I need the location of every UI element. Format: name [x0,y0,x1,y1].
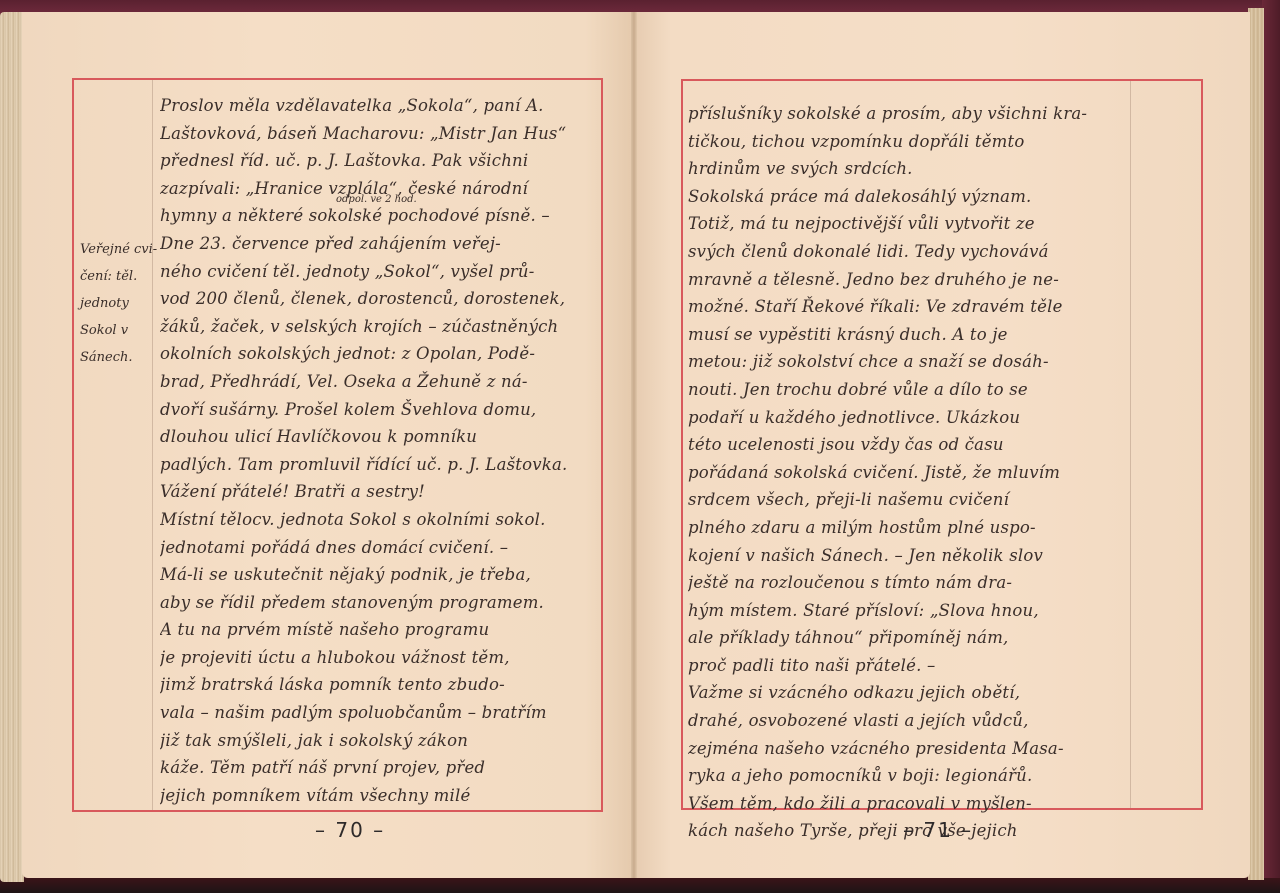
text-line: jimž bratrská láska pomník tento zbudo- [160,671,600,699]
text-line: vod 200 členů, členek, dorostenců, doros… [160,285,600,313]
text-line: okolních sokolských jednot: z Opolan, Po… [160,340,600,368]
side-note-line: jednoty Sokol v [80,290,160,344]
page-stack-right [1248,8,1264,880]
text-line: hým místem. Staré přísloví: „Slova hnou, [688,597,1133,625]
text-line: ještě na rozloučenou s tímto nám dra- [688,569,1133,597]
text-line: Laštovková, báseň Macharovu: „Mistr Jan … [160,120,600,148]
text-line: hrdinům ve svých srdcích. [688,155,1133,183]
text-line: Vážení přátelé! Bratři a sestry! [160,478,600,506]
text-line: svých členů dokonalé lidi. Tedy vychováv… [688,238,1133,266]
page-number-70: – 70 – [315,818,385,842]
text-line: Všem těm, kdo žili a pracovali v myšlen- [688,790,1133,818]
text-line: již tak smýšleli, jak i sokolský zákon [160,727,600,755]
left-page-text: Proslov měla vzdělavatelka „Sokola“, pan… [160,92,600,809]
text-line: jednotami pořádá dnes domácí cvičení. – [160,534,600,562]
text-line: zazpívali: „Hranice vzplála“, české náro… [160,175,600,203]
text-line: zejména našeho vzácného presidenta Masa- [688,735,1133,763]
text-line: žáků, žaček, v selských krojích – zúčast… [160,313,600,341]
text-line: Totiž, má tu nejpoctivější vůli vytvořit… [688,210,1133,238]
text-line: aby se řídil předem stanoveným programem… [160,589,600,617]
text-line: ryka a jeho pomocníků v boji: legionářů. [688,762,1133,790]
text-line: nouti. Jen trochu dobré vůle a dílo to s… [688,376,1133,404]
text-line: kojení v našich Sánech. – Jen několik sl… [688,542,1133,570]
text-line: je projeviti úctu a hlubokou vážnost těm… [160,644,600,672]
right-page-text: příslušníky sokolské a prosím, aby všich… [688,100,1133,845]
text-line: ného cvičení těl. jednoty „Sokol“, vyšel… [160,258,600,286]
text-line: Má-li se uskutečnit nějaký podnik, je tř… [160,561,600,589]
text-line: podaří u každého jednotlivce. Ukázkou [688,404,1133,432]
text-line: káže. Těm patří náš první projev, před [160,754,600,782]
text-line: tičkou, tichou vzpomínku dopřáli těmto [688,128,1133,156]
text-line: Sokolská práce má dalekosáhlý význam. [688,183,1133,211]
side-note-line: čení: těl. [80,263,160,290]
text-line: Místní tělocv. jednota Sokol s okolními … [160,506,600,534]
side-note-line: Sánech. [80,344,160,371]
left-page-side-note: Veřejné cvi- čení: těl. jednoty Sokol v … [80,236,160,371]
text-line: ale příklady táhnou“ připomíněj nám, [688,624,1133,652]
text-line: pořádaná sokolská cvičení. Jistě, že mlu… [688,459,1133,487]
text-line: Dne 23. července před zahájením veřej- [160,230,600,258]
text-line: brad, Předhrádí, Vel. Oseka a Žehuně z n… [160,368,600,396]
text-line: plného zdaru a milým hostům plné uspo- [688,514,1133,542]
text-line: příslušníky sokolské a prosím, aby všich… [688,100,1133,128]
book-cover-right-edge [1262,0,1280,893]
text-line: dlouhou ulicí Havlíčkovou k pomníku [160,423,600,451]
page-stack-left [0,12,24,882]
book-cover-bottom-edge [0,878,1280,893]
text-line: této ucelenosti jsou vždy čas od času [688,431,1133,459]
text-line: možné. Staří Řekové říkali: Ve zdravém t… [688,293,1133,321]
text-line: mravně a tělesně. Jedno bez druhého je n… [688,266,1133,294]
text-line: Važme si vzácného odkazu jejich obětí, [688,679,1133,707]
book-gutter [631,12,637,878]
text-line: padlých. Tam promluvil řídící uč. p. J. … [160,451,600,479]
text-line: jejich pomníkem vítám všechny milé [160,782,600,810]
text-line: dvoří sušárny. Prošel kolem Švehlova dom… [160,396,600,424]
left-margin-rule [152,80,153,810]
text-line: A tu na prvém místě našeho programu [160,616,600,644]
page-number-71: – 71 – [903,818,973,842]
text-line: musí se vypěstiti krásný duch. A to je [688,321,1133,349]
text-line: hymny a některé sokolské pochodové písně… [160,202,600,230]
text-line: přednesl říd. uč. p. J. Laštovka. Pak vš… [160,147,600,175]
text-line: metou: již sokolství chce a snaží se dos… [688,348,1133,376]
text-line: vala – našim padlým spoluobčanům – bratř… [160,699,600,727]
text-line: drahé, osvobozené vlasti a jejích vůdců, [688,707,1133,735]
side-note-line: Veřejné cvi- [80,236,160,263]
text-line: Proslov měla vzdělavatelka „Sokola“, pan… [160,92,600,120]
text-line: srdcem všech, přeji-li našemu cvičení [688,486,1133,514]
text-line: proč padli tito naši přátelé. – [688,652,1133,680]
